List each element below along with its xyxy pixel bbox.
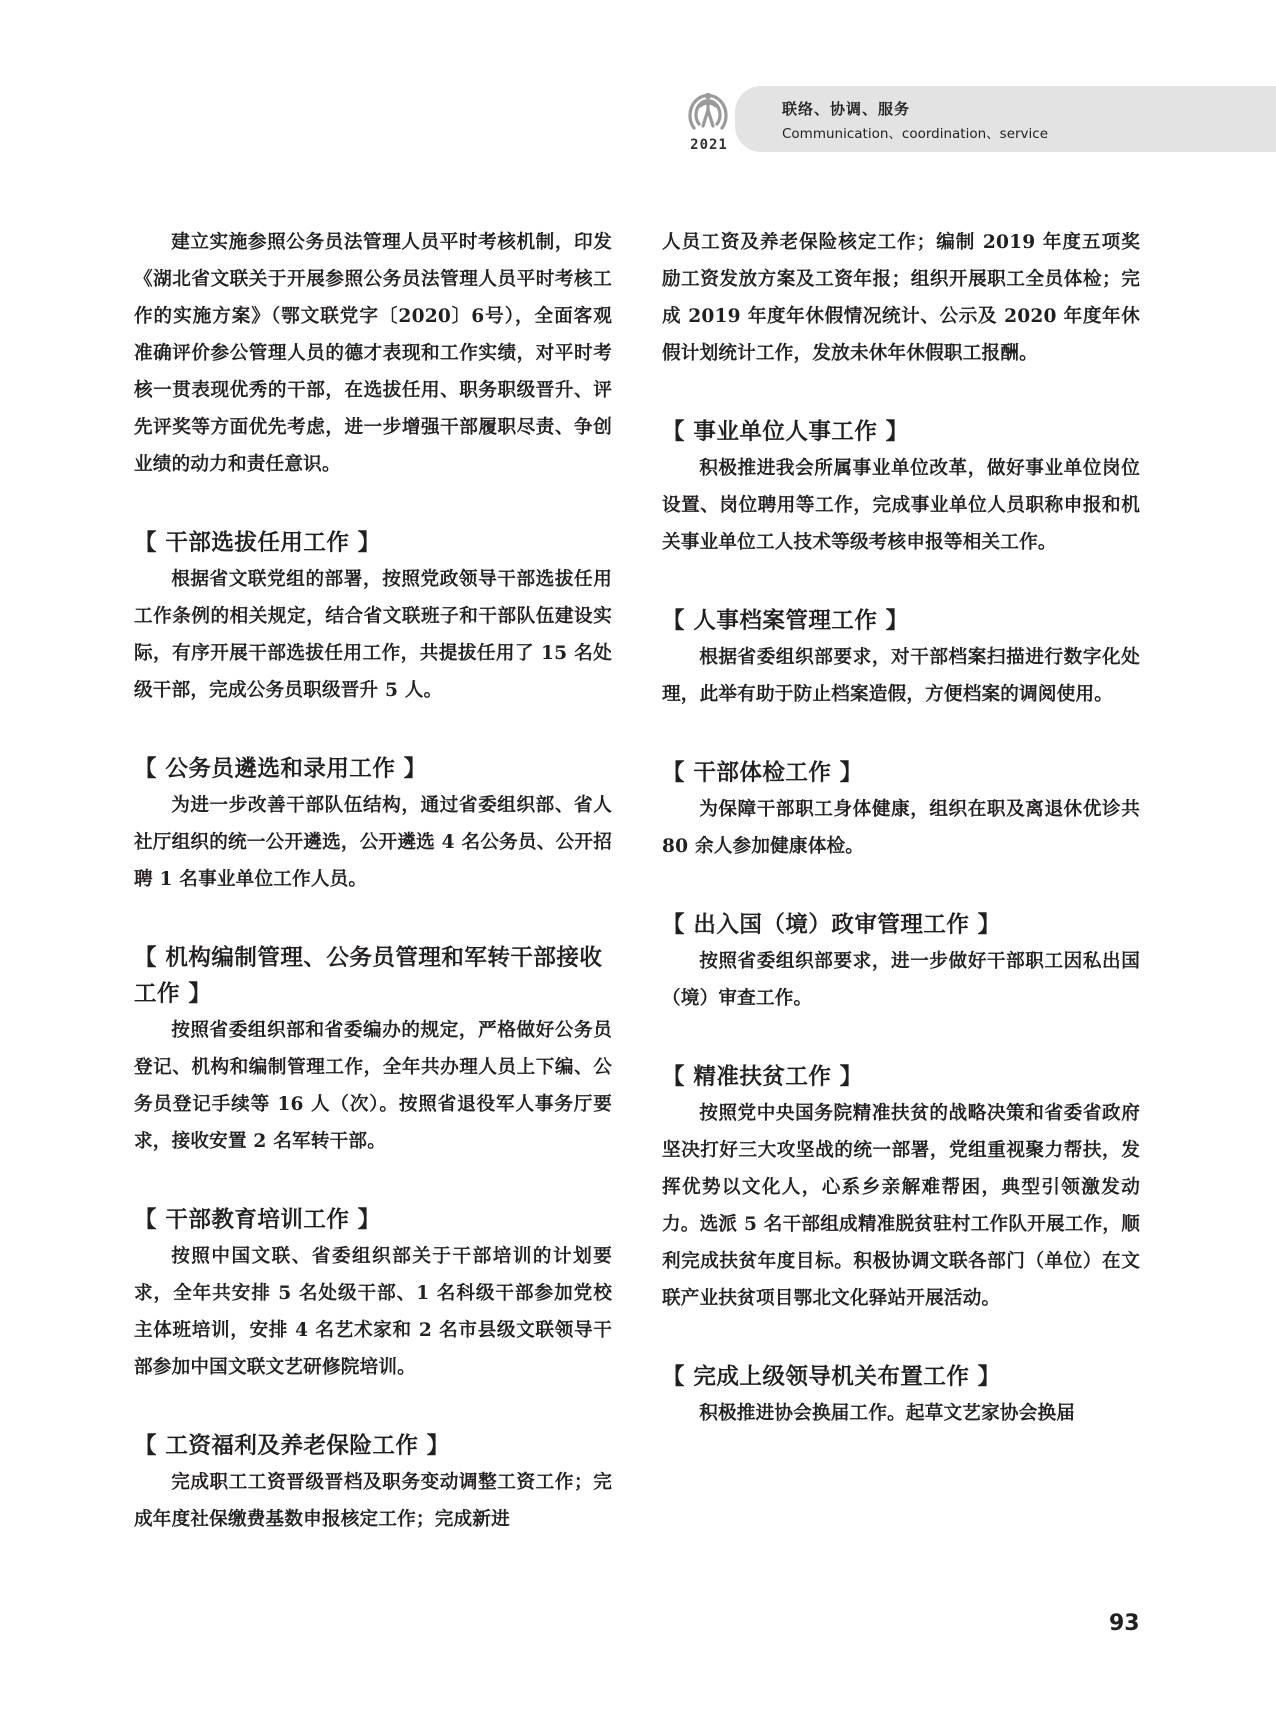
- section-body-cadre-selection: 根据省文联党组的部署，按照党政领导干部选拔任用工作条例的相关规定，结合省文联班子…: [134, 561, 612, 709]
- continued-paragraph: 人员工资及养老保险核定工作；编制 2019 年度五项奖励工资发放方案及工资年报；…: [662, 224, 1140, 372]
- section-body-civil-servant-recruitment: 为进一步改善干部队伍结构，通过省委组织部、省人社厅组织的统一公开遴选，公开遴选 …: [134, 787, 612, 898]
- section-heading-poverty-alleviation: 【 精准扶贫工作 】: [662, 1059, 1140, 1095]
- header-year: 2021: [684, 137, 734, 153]
- section-heading-cadre-training: 【 干部教育培训工作 】: [134, 1202, 612, 1238]
- section-heading-staffing-management: 【 机构编制管理、公务员管理和军转干部接收工作 】: [134, 940, 612, 1012]
- section-heading-exit-entry-review: 【 出入国（境）政审管理工作 】: [662, 907, 1140, 943]
- left-column: 建立实施参照公务员法管理人员平时考核机制，印发《湖北省文联关于开展参照公务员法管…: [134, 224, 612, 1538]
- right-column: 人员工资及养老保险核定工作；编制 2019 年度五项奖励工资发放方案及工资年报；…: [662, 224, 1140, 1432]
- header-band: [735, 86, 1276, 152]
- section-heading-civil-servant-recruitment: 【 公务员遴选和录用工作 】: [134, 751, 612, 787]
- section-heading-personnel-archives: 【 人事档案管理工作 】: [662, 603, 1140, 639]
- section-heading-health-checkup: 【 干部体检工作 】: [662, 755, 1140, 791]
- section-body-poverty-alleviation: 按照党中央国务院精准扶贫的战略决策和省委省政府坚决打好三大攻坚战的统一部署，党组…: [662, 1095, 1140, 1317]
- intro-paragraph: 建立实施参照公务员法管理人员平时考核机制，印发《湖北省文联关于开展参照公务员法管…: [134, 224, 612, 483]
- header-title-english: Communication、coordination、service: [782, 122, 1048, 142]
- section-body-superior-assignments: 积极推进协会换届工作。起草文艺家协会换届: [662, 1395, 1140, 1432]
- section-heading-public-institution-personnel: 【 事业单位人事工作 】: [662, 414, 1140, 450]
- section-body-cadre-training: 按照中国文联、省委组织部关于干部培训的计划要求，全年共安排 5 名处级干部、1 …: [134, 1238, 612, 1386]
- header-title-chinese: 联络、协调、服务: [782, 98, 910, 119]
- section-body-staffing-management: 按照省委组织部和省委编办的规定，严格做好公务员登记、机构和编制管理工作，全年共办…: [134, 1012, 612, 1160]
- section-heading-cadre-selection: 【 干部选拔任用工作 】: [134, 525, 612, 561]
- section-body-health-checkup: 为保障干部职工身体健康，组织在职及离退休优诊共 80 余人参加健康体检。: [662, 791, 1140, 865]
- section-body-public-institution-personnel: 积极推进我会所属事业单位改革，做好事业单位岗位设置、岗位聘用等工作，完成事业单位…: [662, 450, 1140, 561]
- section-body-wages-pension: 完成职工工资晋级晋档及职务变动调整工资工作；完成年度社保缴费基数申报核定工作；完…: [134, 1464, 612, 1538]
- section-heading-superior-assignments: 【 完成上级领导机关布置工作 】: [662, 1359, 1140, 1395]
- federation-emblem-icon: [686, 84, 730, 140]
- section-heading-wages-pension: 【 工资福利及养老保险工作 】: [134, 1428, 612, 1464]
- section-body-exit-entry-review: 按照省委组织部要求，进一步做好干部职工因私出国（境）审查工作。: [662, 943, 1140, 1017]
- page-header: 2021 联络、协调、服务 Communication、coordination…: [0, 0, 1276, 170]
- page-number: 93: [1109, 1611, 1140, 1636]
- section-body-personnel-archives: 根据省委组织部要求，对干部档案扫描进行数字化处理，此举有助于防止档案造假，方便档…: [662, 639, 1140, 713]
